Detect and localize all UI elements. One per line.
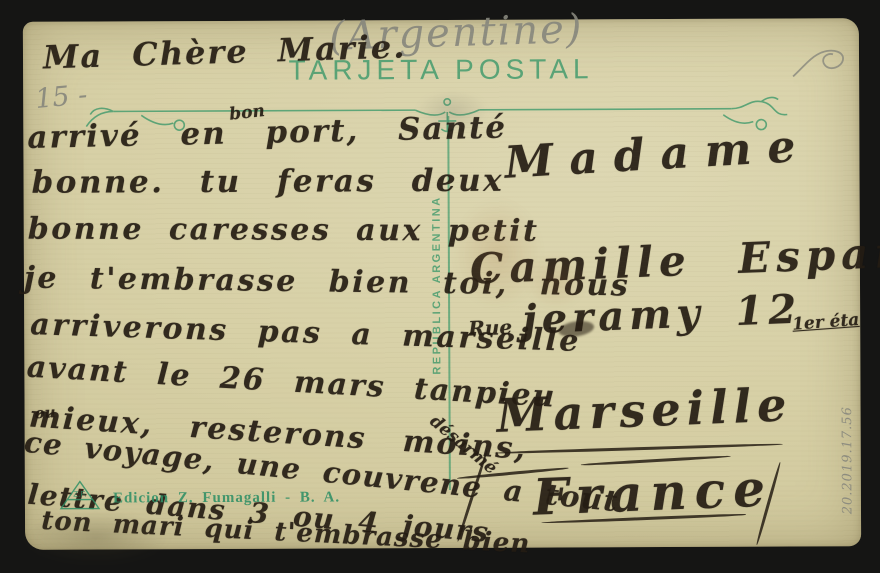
postcard: TARJETA POSTAL REPUBLICA ARGENTINA (Arge…	[23, 18, 861, 550]
pencil-doodle-icon	[791, 40, 849, 82]
publisher-logo-icon: Z.F.	[59, 479, 101, 511]
address-street-label: Rue	[468, 315, 513, 341]
scan-background: { "colors": { "background": "#151514", "…	[0, 0, 880, 573]
pencil-price-note: 15 -	[34, 79, 89, 115]
address-city: Marseille	[496, 377, 794, 443]
address-floor: 1er éta	[792, 310, 861, 335]
svg-text:Z.F.: Z.F.	[73, 490, 86, 499]
message-line: bonne caresses aux petit	[28, 212, 540, 249]
pencil-accession-number: 20.2019.17.56	[840, 406, 855, 514]
message-line: bonne. tu feras deux	[31, 163, 504, 201]
address-street: jeramy 12	[521, 286, 802, 344]
publisher-imprint: Edicion Z. Fumagalli - B. A.	[113, 489, 340, 507]
city-underline-stroke	[495, 443, 783, 455]
